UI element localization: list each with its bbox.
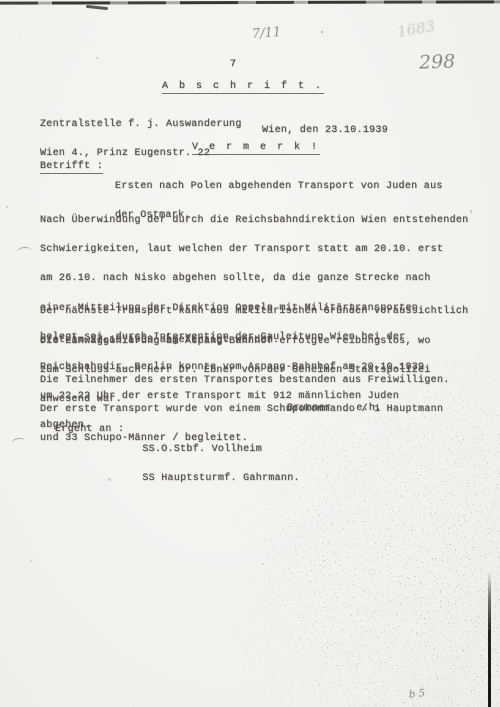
body-line: Die Teilnehmer des ersten Transportes be… [40,376,450,386]
distribution-line: SS.O.Stbf. Vollheim [142,445,300,455]
subject-line: Ersten nach Polen abgehenden Transport v… [115,182,443,192]
memo-heading: V e r m e r k ! [192,143,320,155]
dateline: Wien, den 23.10.1939 [262,126,388,136]
right-paper-edge-artifact [488,572,491,707]
toner-speck [321,31,323,33]
top-scan-edge-artifact [0,0,500,4]
pencil-note-bottom-right: b 5 [408,688,425,701]
toner-speck [96,57,98,59]
pencil-note-top-right-faint: 1683 [396,17,437,41]
typed-page-number: 7 [230,60,236,70]
top-scan-blob-artifact [86,5,108,10]
distribution-list: SS.O.Stbf. Vollheim SS Hauptsturmf. Gahr… [142,425,300,503]
toner-speck [30,560,32,562]
memo-heading-text: V e r m e r k ! [192,143,320,155]
distribution-label: Ergeht an : [55,425,124,435]
body-line: Die Einwaggonierung am Aspang-Bahnhof er… [40,337,431,347]
document-scan-page: 7/11 1683 298 b 5 7 A b s c h r i f t . … [0,0,500,707]
pencil-mark-left-lower [11,437,25,447]
signature: Brunner e.h. [287,404,382,414]
document-title: A b s c h r i f t . [162,82,324,94]
body-line: Der erste Transport wurde von einem Schu… [40,405,450,415]
toner-speck [6,206,8,208]
distribution-line: SS Hauptsturmf. Gahrmann. [142,474,300,484]
toner-speck [262,563,264,565]
pencil-mark-left-margin [17,246,33,258]
sender-line: Zentralstelle f. j. Auswanderung [40,120,242,130]
toner-speck [470,210,472,213]
body-line: Schwierigkeiten, laut welchen der Transp… [40,245,468,255]
body-line: am 26.10. nach Nisko abgehen sollte, da … [40,274,468,284]
distribution-block: Ergeht an : SS.O.Stbf. Vollheim SS Haupt… [55,425,300,503]
document-title-text: A b s c h r i f t . [162,82,324,94]
pencil-note-top-center: 7/11 [252,25,282,42]
body-line: Der nächste Transport kann aus militäris… [40,307,468,317]
subject-label: Betrifft : [40,162,103,174]
archive-page-number: 298 [419,50,456,73]
body-line: Nach Überwindung der durch die Reichsbah… [40,216,468,226]
